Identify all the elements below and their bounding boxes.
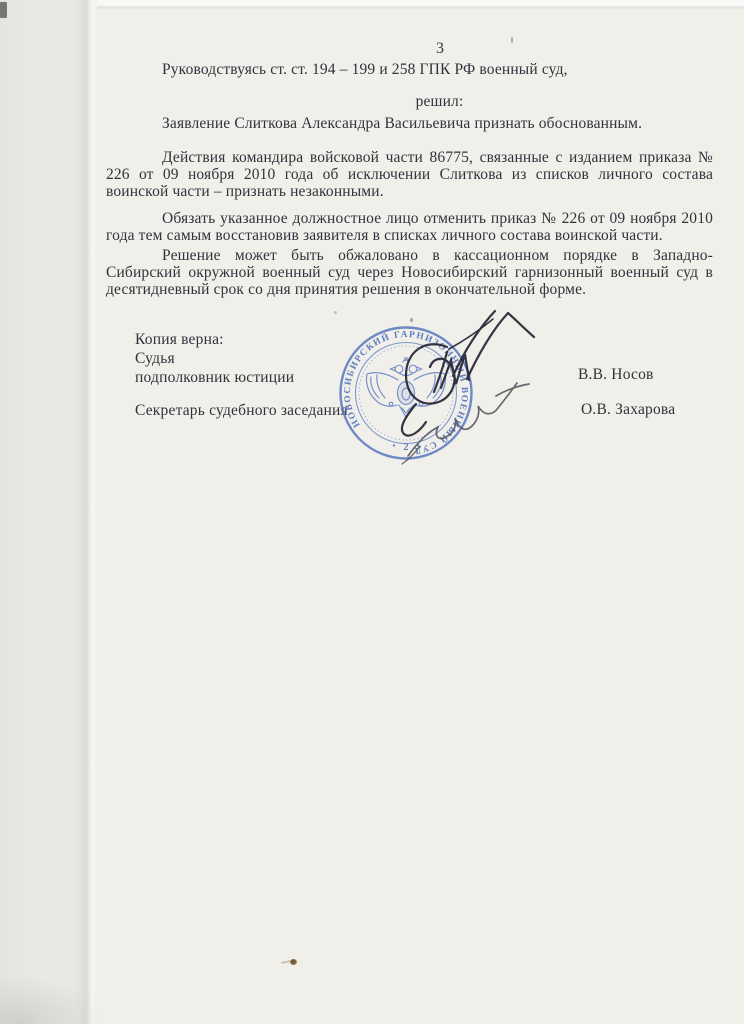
stamp-ring-text: НОВОСИБИРСКИЙ ГАРНИЗОННЫЙ ВОЕННЫЙ СУД <box>343 330 470 456</box>
scanned-court-document-page: 3 Руководствуясь ст. ст. 194 – 199 и 258… <box>0 0 744 1024</box>
copy-note: Копия верна: <box>135 330 348 349</box>
scan-edge-mark <box>0 2 7 18</box>
gutter-shadow <box>0 904 97 1024</box>
text-line: Решение может быть обжаловано в кассацио… <box>106 248 713 265</box>
paper-speck <box>511 37 513 43</box>
court-seal-stamp: НОВОСИБИРСКИЙ ГАРНИЗОННЫЙ ВОЕННЫЙ СУД 2 <box>341 328 472 459</box>
paragraph-order: Обязать указанное должностное лицо отмен… <box>106 211 713 245</box>
secretary-name: О.В. Захарова <box>581 401 675 419</box>
paper-speck <box>334 311 337 314</box>
text-line: 226 от 09 ноября 2010 года об исключении… <box>106 167 713 184</box>
book-gutter-strip <box>0 0 97 1024</box>
text-line: Заявление Слиткова Александра Васильевич… <box>106 116 713 133</box>
stamp-court-number: 2 <box>404 442 409 453</box>
secretary-title: Секретарь судебного заседания <box>135 401 348 420</box>
decision-heading: решил: <box>106 94 743 111</box>
preamble-paragraph: Руководствуясь ст. ст. 194 – 199 и 258 Г… <box>106 62 713 79</box>
paper-speck <box>290 959 297 965</box>
text-line: воинской части – признать незаконными. <box>106 184 713 201</box>
page-top-edge <box>97 0 744 10</box>
page-number: 3 <box>436 40 444 58</box>
judge-title-line1: Судья <box>135 349 348 368</box>
text-line: Сибирский окружной военный суд через Нов… <box>106 265 713 282</box>
judge-title-line2: подполковник юстиции <box>135 368 348 387</box>
text-line: десятидневный срок со дня принятия решен… <box>106 282 713 299</box>
text-line: года тем самым восстановив заявителя в с… <box>106 228 713 245</box>
text-line: Руководствуясь ст. ст. 194 – 199 и 258 Г… <box>106 62 713 79</box>
secretary-signature <box>402 383 529 464</box>
text-line: Действия командира войсковой части 86775… <box>106 150 713 167</box>
judge-signature <box>402 311 534 436</box>
judge-name: В.В. Носов <box>578 366 654 384</box>
paragraph-appeal: Решение может быть обжаловано в кассацио… <box>106 248 713 298</box>
text-line: Обязать указанное должностное лицо отмен… <box>106 211 713 228</box>
double-headed-eagle-icon <box>367 358 446 417</box>
paragraph-claim: Заявление Слиткова Александра Васильевич… <box>106 116 713 133</box>
paragraph-actions: Действия командира войсковой части 86775… <box>106 150 713 200</box>
paper-speck <box>410 318 413 322</box>
certification-block: Копия верна: Судья подполковник юстиции … <box>135 330 348 420</box>
